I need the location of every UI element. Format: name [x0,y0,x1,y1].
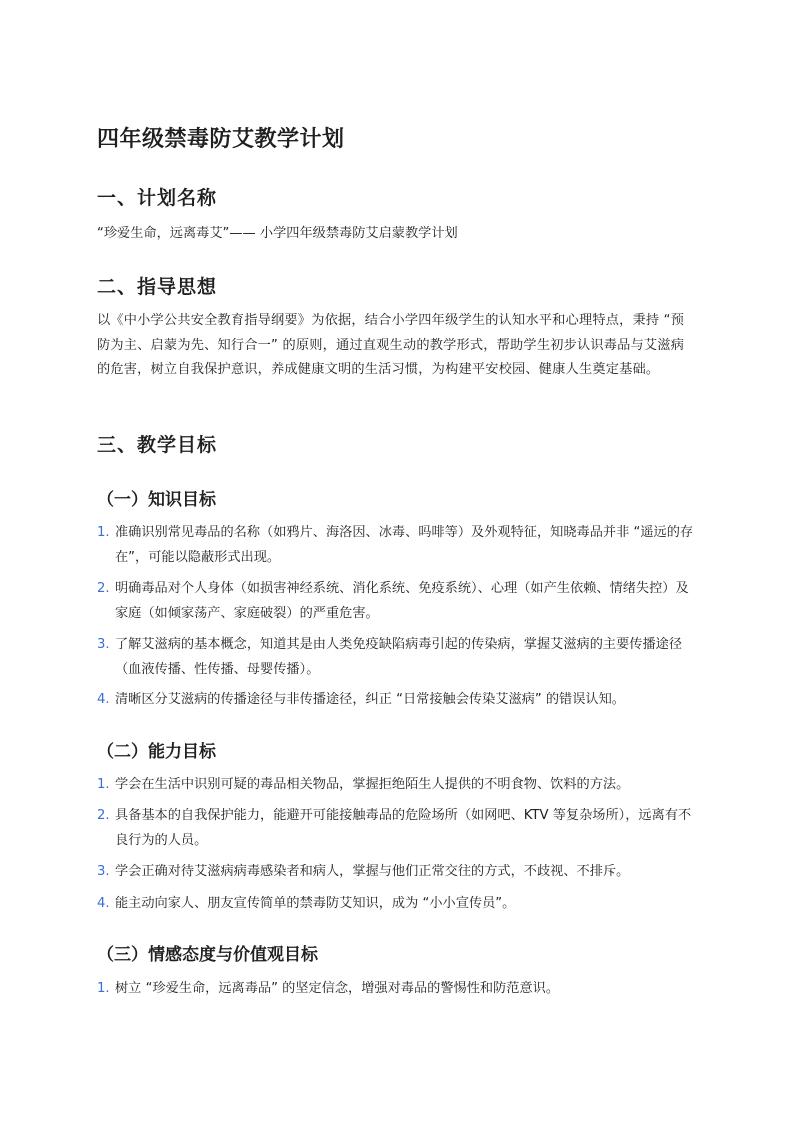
list-number: 1. [97,773,115,798]
document-title: 四年级禁毒防艾教学计划 [97,122,345,153]
knowledge-goal-item: 1. 准确识别常见毒品的名称（如鸦片、海洛因、冰毒、吗啡等）及外观特征，知晓毒品… [97,521,697,570]
ability-goal-item: 4. 能主动向家人、朋友宣传简单的禁毒防艾知识，成为 “小小宣传员”。 [97,892,697,917]
knowledge-goal-item: 2. 明确毒品对个人身体（如损害神经系统、消化系统、免疫系统）、心理（如产生依赖… [97,577,697,626]
subsection-heading-ability: （二）能力目标 [97,737,216,762]
list-number: 4. [97,892,115,917]
list-text: 具备基本的自我保护能力，能避开可能接触毒品的危险场所（如网吧、KTV 等复杂场所… [115,804,697,853]
list-text: 了解艾滋病的基本概念，知道其是由人类免疫缺陷病毒引起的传染病，掌握艾滋病的主要传… [115,633,697,682]
knowledge-goal-item: 4. 清晰区分艾滋病的传播途径与非传播途径，纠正 “日常接触会传染艾滋病” 的错… [97,688,697,713]
list-number: 4. [97,688,115,713]
values-goal-item: 1. 树立 “珍爱生命，远离毒品” 的坚定信念，增强对毒品的警惕性和防范意识。 [97,977,697,1002]
section-heading-teaching-goals: 三、教学目标 [97,430,217,457]
list-text: 能主动向家人、朋友宣传简单的禁毒防艾知识，成为 “小小宣传员”。 [115,892,697,917]
knowledge-goal-item: 3. 了解艾滋病的基本概念，知道其是由人类免疫缺陷病毒引起的传染病，掌握艾滋病的… [97,633,697,682]
ability-goal-item: 2. 具备基本的自我保护能力，能避开可能接触毒品的危险场所（如网吧、KTV 等复… [97,804,697,853]
section-heading-guiding-ideology: 二、指导思想 [97,272,217,299]
list-text: 学会在生活中识别可疑的毒品相关物品，掌握拒绝陌生人提供的不明食物、饮料的方法。 [115,773,697,798]
list-number: 2. [97,577,115,626]
list-number: 3. [97,633,115,682]
list-text: 树立 “珍爱生命，远离毒品” 的坚定信念，增强对毒品的警惕性和防范意识。 [115,977,697,1002]
list-number: 1. [97,977,115,1002]
list-text: 清晰区分艾滋病的传播途径与非传播途径，纠正 “日常接触会传染艾滋病” 的错误认知… [115,688,697,713]
subsection-heading-values: （三）情感态度与价值观目标 [97,940,318,965]
list-number: 3. [97,860,115,885]
list-number: 2. [97,804,115,853]
list-text: 准确识别常见毒品的名称（如鸦片、海洛因、冰毒、吗啡等）及外观特征，知晓毒品并非 … [115,521,697,570]
list-text: 学会正确对待艾滋病病毒感染者和病人，掌握与他们正常交往的方式，不歧视、不排斥。 [115,860,697,885]
guiding-ideology-text: 以《中小学公共安全教育指导纲要》为依据，结合小学四年级学生的认知水平和心理特点，… [97,309,697,383]
plan-name-text: “珍爱生命，远离毒艾”—— 小学四年级禁毒防艾启蒙教学计划 [97,222,697,247]
list-text: 明确毒品对个人身体（如损害神经系统、消化系统、免疫系统）、心理（如产生依赖、情绪… [115,577,697,626]
subsection-heading-knowledge: （一）知识目标 [97,485,216,510]
ability-goal-item: 3. 学会正确对待艾滋病病毒感染者和病人，掌握与他们正常交往的方式，不歧视、不排… [97,860,697,885]
section-heading-plan-name: 一、计划名称 [97,183,217,210]
list-number: 1. [97,521,115,570]
ability-goal-item: 1. 学会在生活中识别可疑的毒品相关物品，掌握拒绝陌生人提供的不明食物、饮料的方… [97,773,697,798]
